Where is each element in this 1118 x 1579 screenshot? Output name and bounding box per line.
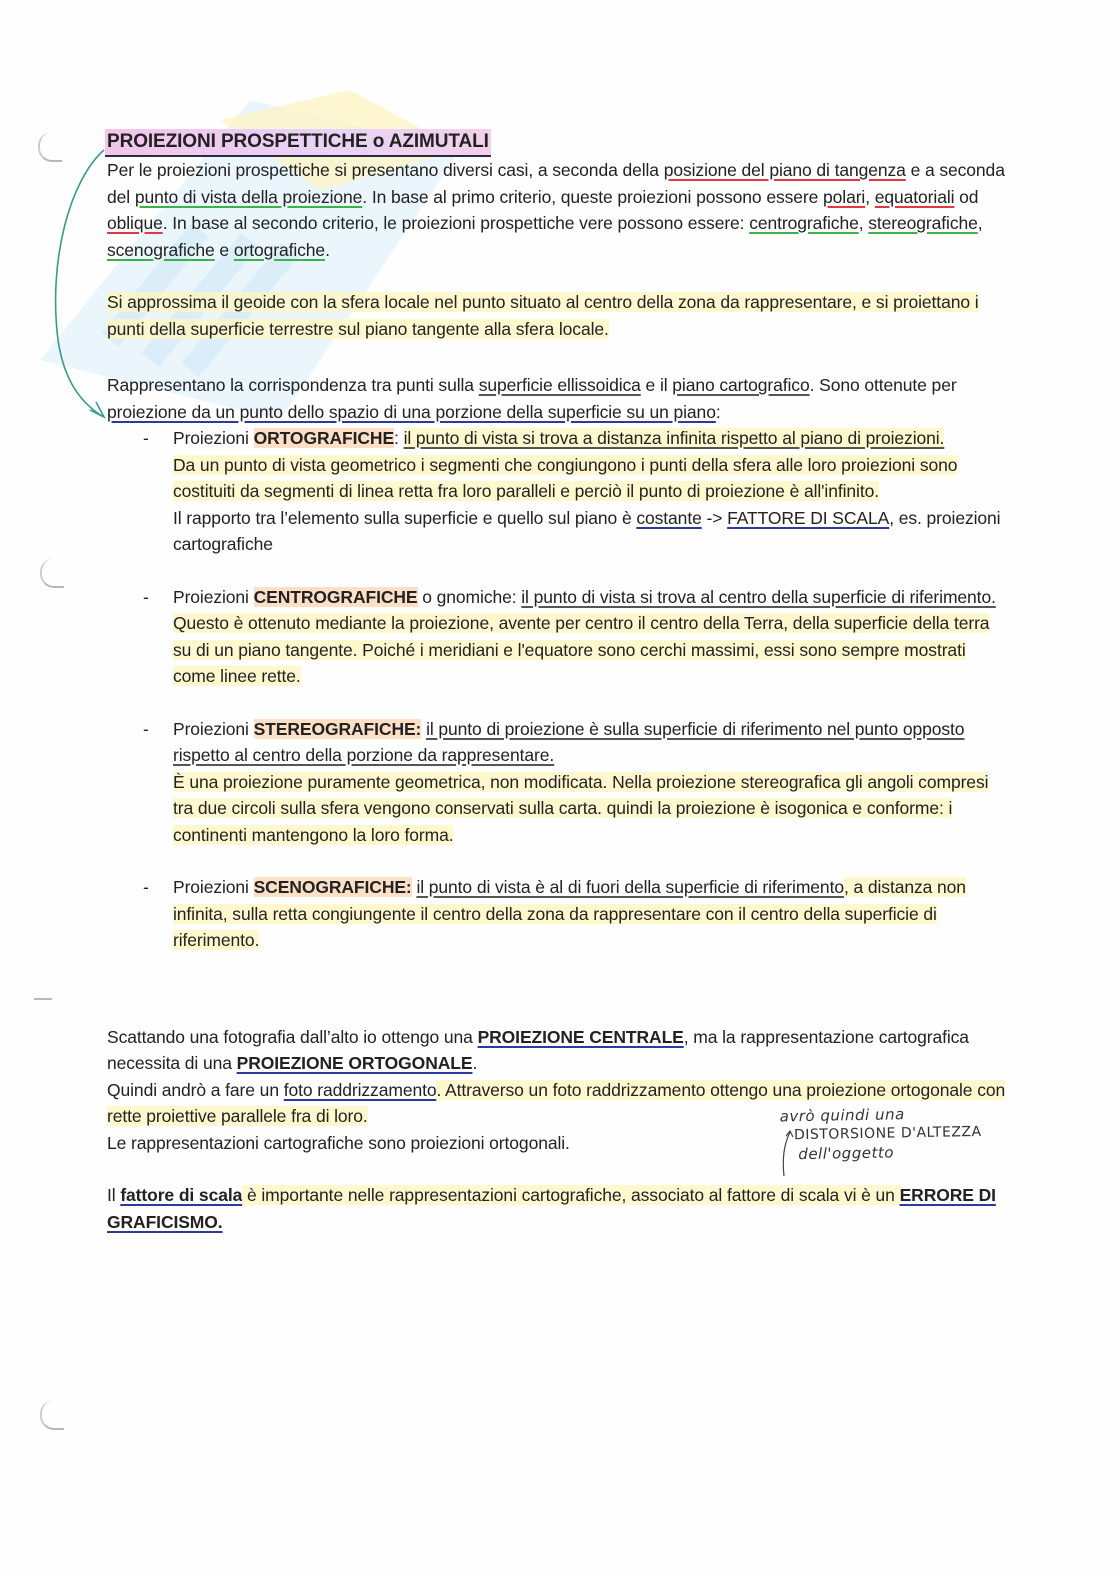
punch-hole-mark [40, 1400, 64, 1430]
list-item-centrografiche: - Proiezioni CENTROGRAFICHE o gnomiche: … [107, 584, 1007, 690]
document-body: PROIEZIONI PROSPETTICHE o AZIMUTALI Per … [107, 128, 1007, 1235]
list-item-stereografiche: - Proiezioni STEREOGRAFICHE: il punto di… [107, 716, 1007, 849]
list-item-scenografiche: - Proiezioni SCENOGRAFICHE: il punto di … [107, 874, 1007, 954]
handwritten-note: avrò quindi una DISTORSIONE D'ALTEZZA de… [780, 1103, 1061, 1165]
intro-paragraph: Per le proiezioni prospettiche si presen… [107, 157, 1007, 263]
projection-types-list: - Proiezioni ORTOGRAFICHE: il punto di v… [107, 425, 1007, 954]
punch-hole-mark [38, 132, 62, 162]
punch-hole-mark [40, 558, 64, 588]
definition-paragraph: Rappresentano la corrispondenza tra punt… [107, 372, 1007, 425]
list-item-ortografiche: - Proiezioni ORTOGRAFICHE: il punto di v… [107, 425, 1007, 558]
scale-paragraph: Il fattore di scala è importante nelle r… [107, 1182, 1007, 1235]
margin-mark [34, 998, 52, 1000]
page-title: PROIEZIONI PROSPETTICHE o AZIMUTALI [105, 129, 491, 157]
geoide-paragraph: Si approssima il geoide con la sfera loc… [107, 289, 1007, 342]
scanned-page: PROIEZIONI PROSPETTICHE o AZIMUTALI Per … [0, 0, 1118, 1579]
